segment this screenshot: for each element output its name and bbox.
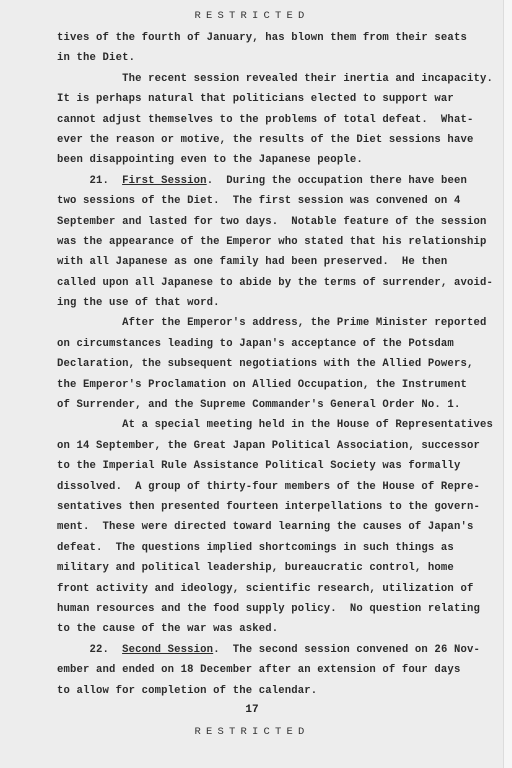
text-line: to allow for completion of the calendar. bbox=[57, 681, 487, 701]
document-body: tives of the fourth of January, has blow… bbox=[57, 28, 487, 701]
text-line: was the appearance of the Emperor who st… bbox=[57, 232, 487, 252]
text-line: to the cause of the war was asked. bbox=[57, 619, 487, 639]
text-line: ever the reason or motive, the results o… bbox=[57, 130, 487, 150]
text-line: 21. First Session. During the occupation… bbox=[57, 171, 487, 191]
section-heading: First Session bbox=[122, 175, 207, 187]
paragraph-number: 22. bbox=[57, 644, 122, 656]
text-line: ing the use of that word. bbox=[57, 293, 487, 313]
text-line: tives of the fourth of January, has blow… bbox=[57, 28, 487, 48]
section-heading: Second Session bbox=[122, 644, 213, 656]
text-line: on 14 September, the Great Japan Politic… bbox=[57, 436, 487, 456]
text-line: Declaration, the subsequent negotiations… bbox=[57, 354, 487, 374]
text-line: with all Japanese as one family had been… bbox=[57, 252, 487, 272]
classification-footer: RESTRICTED bbox=[0, 726, 504, 738]
text-line: been disappointing even to the Japanese … bbox=[57, 150, 487, 170]
text-line: September and lasted for two days. Notab… bbox=[57, 212, 487, 232]
line-text: . The second session convened on 26 Nov- bbox=[213, 644, 480, 656]
text-line: to the Imperial Rule Assistance Politica… bbox=[57, 456, 487, 476]
text-line: It is perhaps natural that politicians e… bbox=[57, 89, 487, 109]
text-line: After the Emperor's address, the Prime M… bbox=[57, 313, 487, 333]
text-line: called upon all Japanese to abide by the… bbox=[57, 273, 487, 293]
text-line: on circumstances leading to Japan's acce… bbox=[57, 334, 487, 354]
text-line: cannot adjust themselves to the problems… bbox=[57, 110, 487, 130]
text-line: sentatives then presented fourteen inter… bbox=[57, 497, 487, 517]
text-line: human resources and the food supply poli… bbox=[57, 599, 487, 619]
text-line: military and political leadership, burea… bbox=[57, 558, 487, 578]
page-number: 17 bbox=[0, 704, 504, 716]
text-line: two sessions of the Diet. The first sess… bbox=[57, 191, 487, 211]
text-line: ember and ended on 18 December after an … bbox=[57, 660, 487, 680]
text-line: in the Diet. bbox=[57, 48, 487, 68]
text-line: front activity and ideology, scientific … bbox=[57, 579, 487, 599]
text-line: The recent session revealed their inerti… bbox=[57, 69, 487, 89]
page-edge bbox=[503, 0, 512, 768]
line-text: . During the occupation there have been bbox=[207, 175, 467, 187]
document-page: RESTRICTED tives of the fourth of Januar… bbox=[0, 0, 504, 768]
classification-header: RESTRICTED bbox=[0, 10, 504, 22]
text-line: the Emperor's Proclamation on Allied Occ… bbox=[57, 375, 487, 395]
text-line: ment. These were directed toward learnin… bbox=[57, 517, 487, 537]
text-line: defeat. The questions implied shortcomin… bbox=[57, 538, 487, 558]
paragraph-number: 21. bbox=[57, 175, 122, 187]
text-line: of Surrender, and the Supreme Commander'… bbox=[57, 395, 487, 415]
text-line: 22. Second Session. The second session c… bbox=[57, 640, 487, 660]
text-line: At a special meeting held in the House o… bbox=[57, 415, 487, 435]
text-line: dissolved. A group of thirty-four member… bbox=[57, 477, 487, 497]
